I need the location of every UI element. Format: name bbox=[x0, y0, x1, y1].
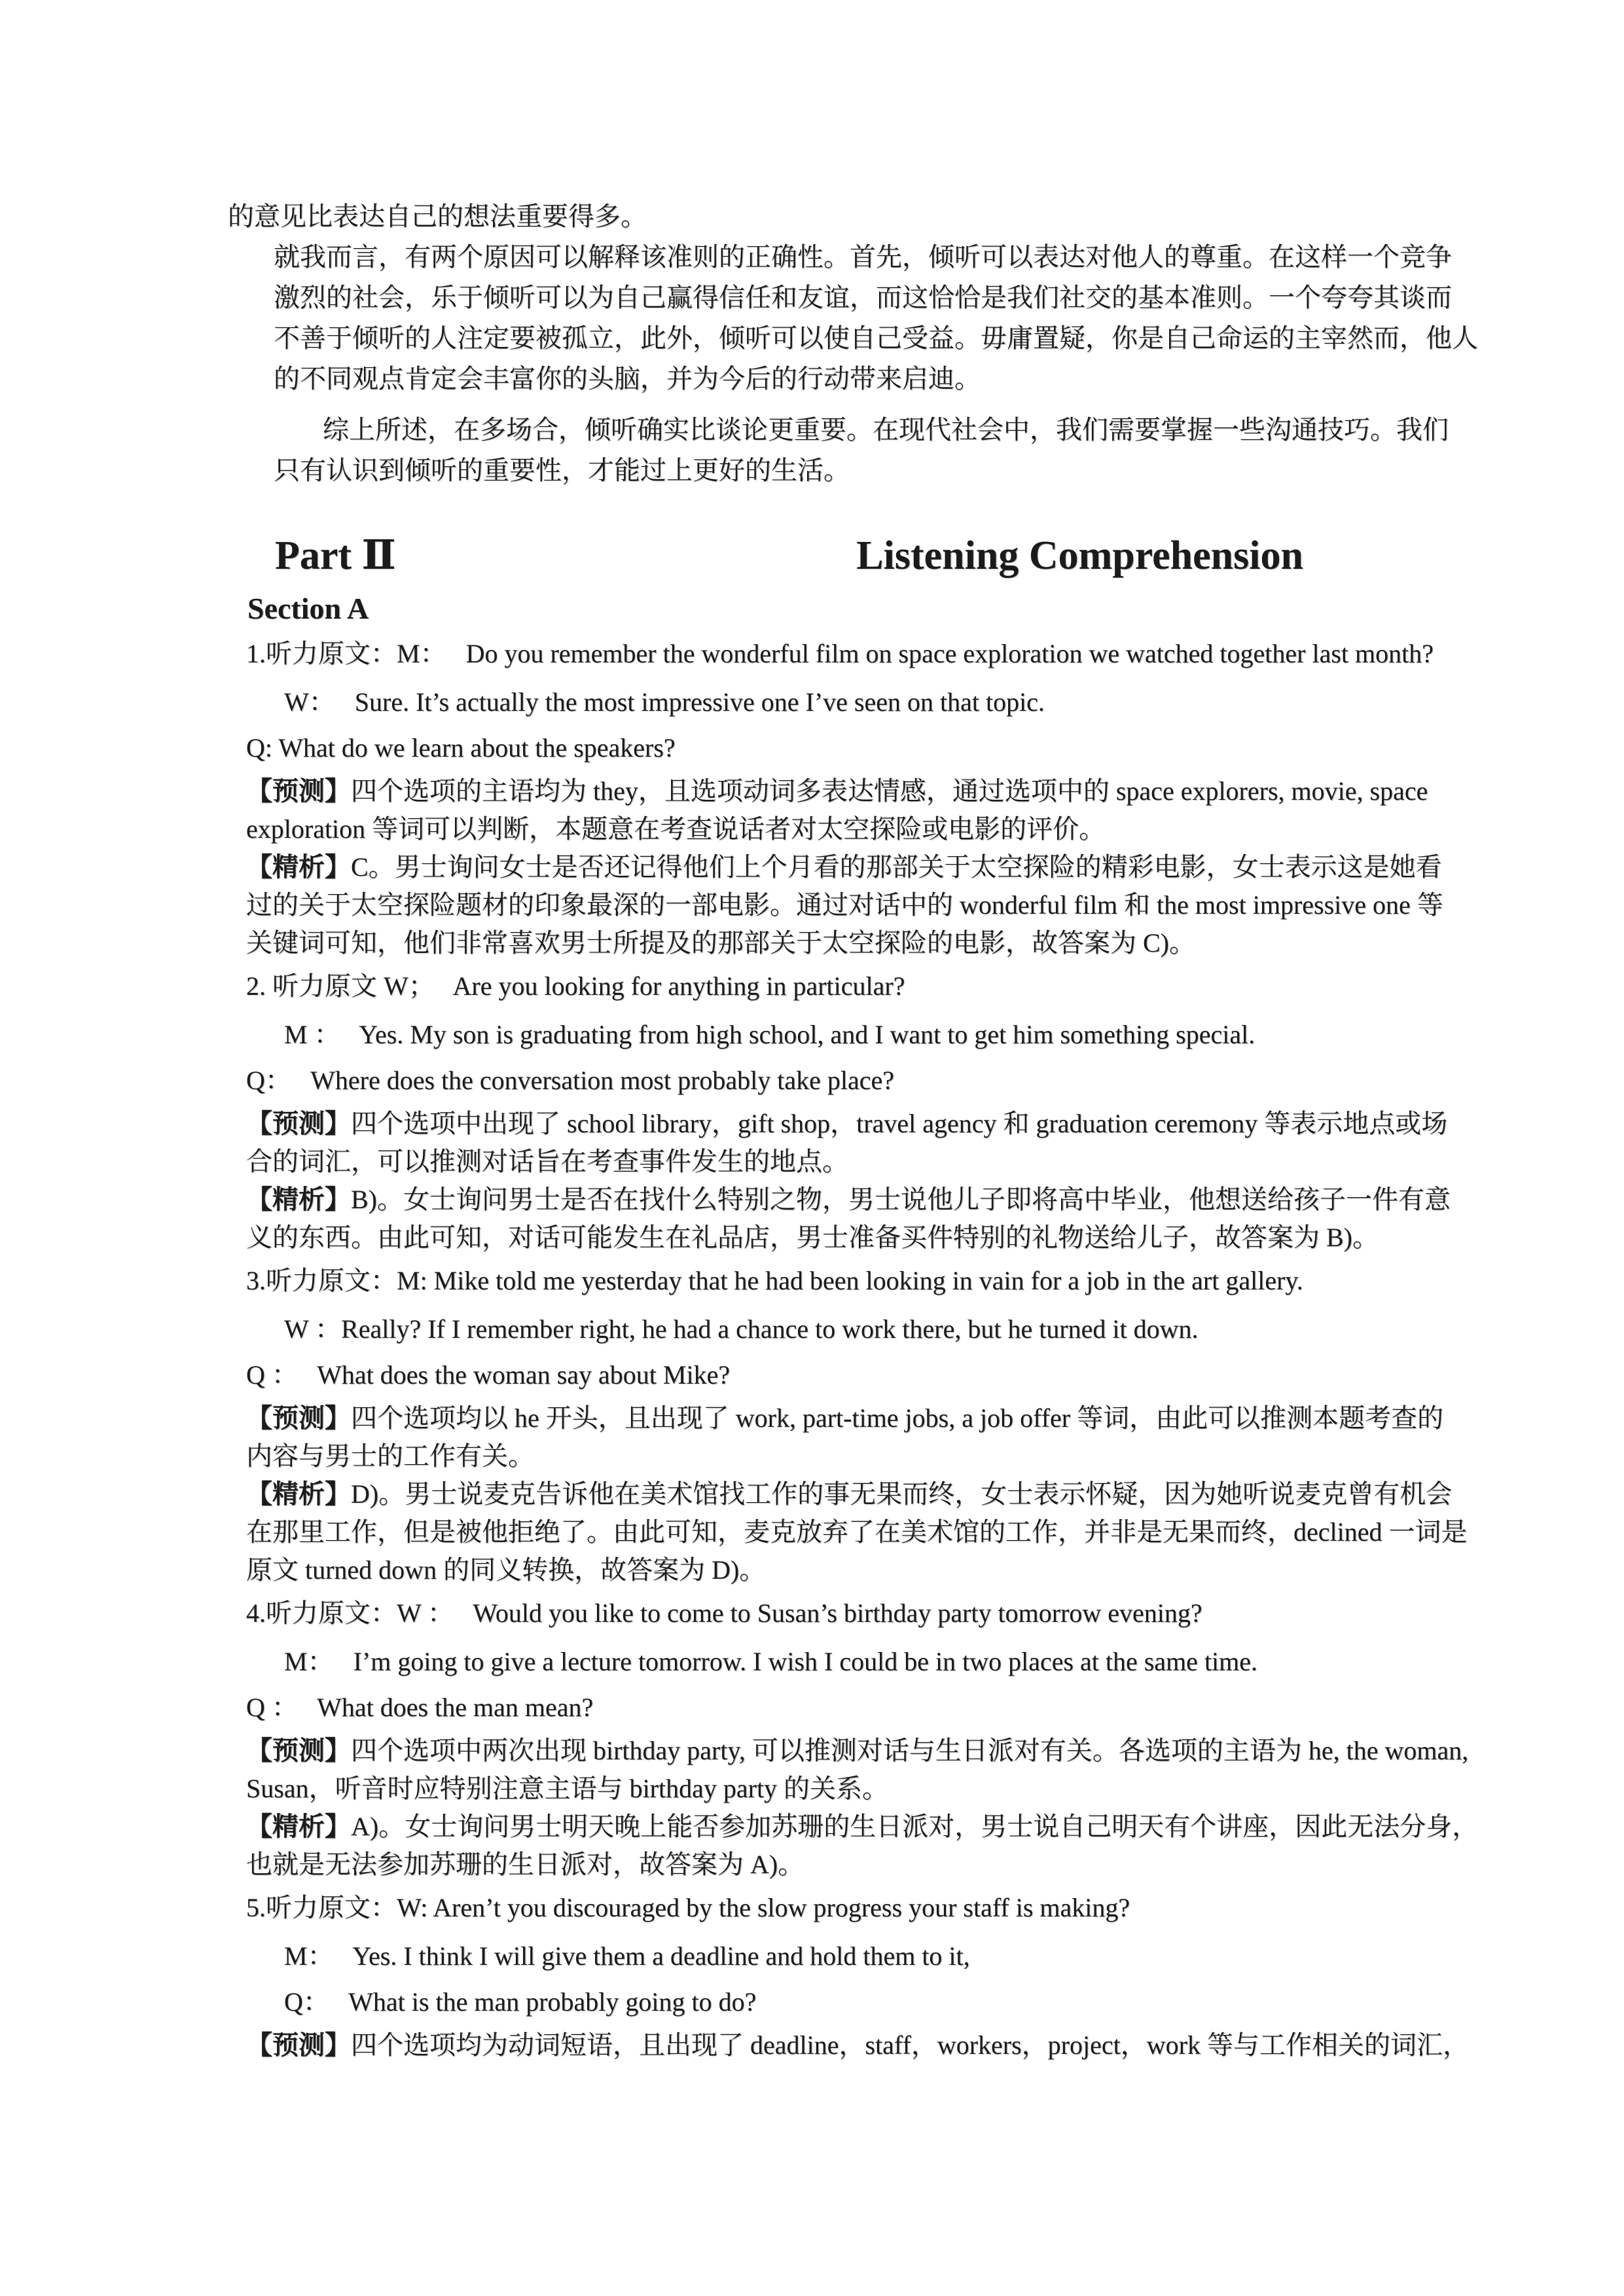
dialogue-line: W ：Really? If I remember right, he had a… bbox=[284, 1310, 1428, 1348]
dialogue-line: W： Sure. It’s actually the most impressi… bbox=[284, 683, 1428, 721]
analysis-line: 【精析】D)。男士说麦克告诉他在美术馆找工作的事无果而终，女士表示怀疑，因为她听… bbox=[246, 1475, 1428, 1513]
transcript-line: 3.听力原文：M: Mike told me yesterday that he… bbox=[246, 1262, 1428, 1300]
part-heading: Part Ⅱ Listening Comprehension bbox=[275, 528, 1303, 584]
transcript-line: 5.听力原文：W: Aren’t you discouraged by the … bbox=[246, 1889, 1428, 1927]
prediction-line: 【预测】四个选项均为动词短语，且出现了 deadline，staff，worke… bbox=[246, 2026, 1428, 2064]
continuation-line: 合的词汇，可以推测对话旨在考查事件发生的地点。 bbox=[246, 1143, 1428, 1181]
essay-line: 的不同观点肯定会丰富你的头脑，并为今后的行动带来启迪。 bbox=[228, 359, 1408, 399]
analysis-text: C。男士询问女士是否还记得他们上个月看的那部关于太空探险的精彩电影，女士表示这是… bbox=[351, 852, 1442, 882]
analysis-line: 【精析】B)。女士询问男士是否在找什么特别之物，男士说他儿子即将高中毕业，他想送… bbox=[246, 1181, 1428, 1219]
analysis-text: D)。男士说麦克告诉他在美术馆找工作的事无果而终，女士表示怀疑，因为她听说麦克曾… bbox=[351, 1479, 1452, 1509]
analysis-tag: 【精析】 bbox=[246, 1185, 351, 1214]
prediction-text: 四个选项均为动词短语，且出现了 deadline，staff，workers，p… bbox=[351, 2030, 1469, 2060]
analysis-line: 【精析】C。男士询问女士是否还记得他们上个月看的那部关于太空探险的精彩电影，女士… bbox=[246, 848, 1428, 886]
transcript-line: 2. 听力原文 W； Are you looking for anything … bbox=[246, 967, 1428, 1005]
question-line: Q ： What does the man mean? bbox=[246, 1689, 1428, 1727]
prediction-text: 四个选项均以 he 开头，且出现了 work, part-time jobs, … bbox=[351, 1403, 1443, 1433]
dialogue-line: M： Yes. I think I will give them a deadl… bbox=[284, 1937, 1428, 1975]
prediction-line: 【预测】四个选项中两次出现 birthday party, 可以推测对话与生日派… bbox=[246, 1732, 1428, 1770]
dialogue-line: M ： Yes. My son is graduating from high … bbox=[284, 1016, 1428, 1054]
prediction-text: 四个选项的主语均为 they，且选项动词多表达情感，通过选项中的 space e… bbox=[351, 776, 1428, 806]
continuation-line: Susan，听音时应特别注意主语与 birthday party 的关系。 bbox=[246, 1770, 1428, 1808]
section-heading: Section A bbox=[247, 588, 1624, 630]
analysis-tag: 【精析】 bbox=[246, 1479, 351, 1509]
prediction-text: 四个选项中出现了 school library，gift shop，travel… bbox=[351, 1109, 1447, 1138]
document-page: 的意见比表达自己的想法重要得多。 就我而言，有两个原因可以解释该准则的正确性。首… bbox=[0, 0, 1624, 2296]
continuation-line: exploration 等词可以判断，本题意在考查说话者对太空探险或电影的评价。 bbox=[246, 810, 1428, 848]
transcript-line: 4.听力原文：W ： Would you like to come to Sus… bbox=[246, 1594, 1428, 1632]
transcript-line: 1.听力原文：M： Do you remember the wonderful … bbox=[246, 635, 1428, 673]
dialogue-line: M： I’m going to give a lecture tomorrow.… bbox=[284, 1643, 1428, 1681]
essay-translation: 的意见比表达自己的想法重要得多。 就我而言，有两个原因可以解释该准则的正确性。首… bbox=[228, 0, 1408, 491]
essay-line: 的意见比表达自己的想法重要得多。 bbox=[228, 196, 1408, 237]
prediction-tag: 【预测】 bbox=[246, 1109, 351, 1138]
essay-line: 综上所述，在多场合，倾听确实比谈论更重要。在现代社会中，我们需要掌握一些沟通技巧… bbox=[228, 410, 1408, 450]
continuation-line: 义的东西。由此可知，对话可能发生在礼品店，男士准备买件特别的礼物送给儿子，故答案… bbox=[246, 1219, 1428, 1257]
question-line: Q： Where does the conversation most prob… bbox=[246, 1062, 1428, 1100]
prediction-tag: 【预测】 bbox=[246, 1736, 351, 1765]
part-title: Listening Comprehension bbox=[856, 528, 1303, 584]
analysis-tag: 【精析】 bbox=[246, 852, 351, 882]
prediction-line: 【预测】四个选项的主语均为 they，且选项动词多表达情感，通过选项中的 spa… bbox=[246, 772, 1428, 810]
continuation-line: 过的关于太空探险题材的印象最深的一部电影。通过对话中的 wonderful fi… bbox=[246, 886, 1428, 924]
question-line: Q： What is the man probably going to do? bbox=[284, 1983, 1428, 2021]
essay-line: 只有认识到倾听的重要性，才能过上更好的生活。 bbox=[228, 450, 1408, 491]
prediction-tag: 【预测】 bbox=[246, 2030, 351, 2060]
question-line: Q: What do we learn about the speakers? bbox=[246, 729, 1428, 767]
continuation-line: 内容与男士的工作有关。 bbox=[246, 1437, 1428, 1475]
essay-line: 激烈的社会，乐于倾听可以为自己赢得信任和友谊，而这恰恰是我们社交的基本准则。一个… bbox=[228, 278, 1408, 318]
continuation-line: 原文 turned down 的同义转换，故答案为 D)。 bbox=[246, 1551, 1428, 1589]
prediction-line: 【预测】四个选项中出现了 school library，gift shop，tr… bbox=[246, 1105, 1428, 1143]
listening-section: 1.听力原文：M： Do you remember the wonderful … bbox=[246, 635, 1428, 2064]
analysis-text: B)。女士询问男士是否在找什么特别之物，男士说他儿子即将高中毕业，他想送给孩子一… bbox=[351, 1185, 1451, 1214]
prediction-line: 【预测】四个选项均以 he 开头，且出现了 work, part-time jo… bbox=[246, 1399, 1428, 1437]
continuation-line: 也就是无法参加苏珊的生日派对，故答案为 A)。 bbox=[246, 1846, 1428, 1884]
prediction-text: 四个选项中两次出现 birthday party, 可以推测对话与生日派对有关。… bbox=[351, 1736, 1468, 1765]
part-label: Part Ⅱ bbox=[275, 528, 396, 584]
essay-line: 就我而言，有两个原因可以解释该准则的正确性。首先，倾听可以表达对他人的尊重。在这… bbox=[228, 237, 1408, 278]
essay-line: 不善于倾听的人注定要被孤立，此外，倾听可以使自己受益。毋庸置疑，你是自己命运的主… bbox=[228, 318, 1408, 359]
analysis-tag: 【精析】 bbox=[246, 1812, 351, 1841]
analysis-line: 【精析】A)。女士询问男士明天晚上能否参加苏珊的生日派对，男士说自己明天有个讲座… bbox=[246, 1808, 1428, 1846]
continuation-line: 在那里工作，但是被他拒绝了。由此可知，麦克放弃了在美术馆的工作，并非是无果而终，… bbox=[246, 1513, 1428, 1551]
question-line: Q ： What does the woman say about Mike? bbox=[246, 1356, 1428, 1394]
prediction-tag: 【预测】 bbox=[246, 1403, 351, 1433]
analysis-text: A)。女士询问男士明天晚上能否参加苏珊的生日派对，男士说自己明天有个讲座，因此无… bbox=[351, 1812, 1478, 1841]
continuation-line: 关键词可知，他们非常喜欢男士所提及的那部关于太空探险的电影，故答案为 C)。 bbox=[246, 924, 1428, 962]
prediction-tag: 【预测】 bbox=[246, 776, 351, 806]
